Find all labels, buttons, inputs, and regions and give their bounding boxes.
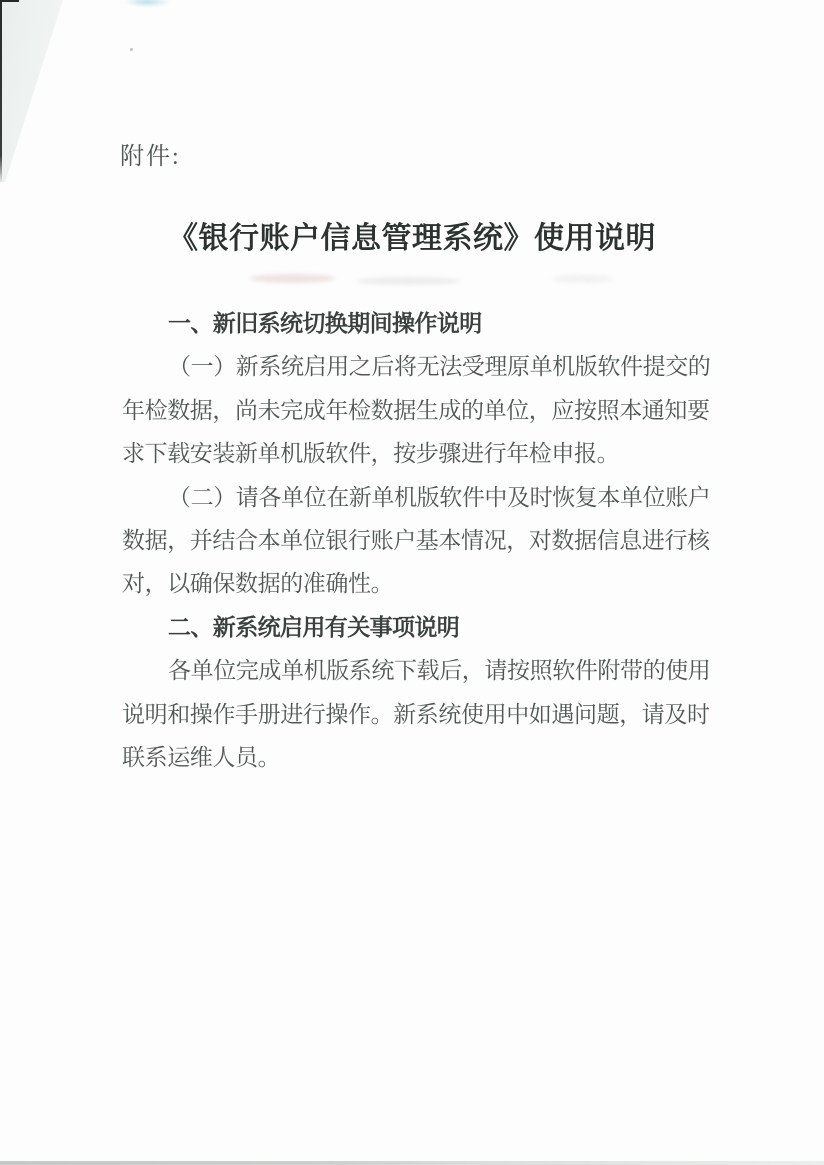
scan-bottom-edge (0, 1161, 824, 1165)
scan-edge-line-left (0, 0, 2, 183)
body-text-line: （一）新系统启用之后将无法受理原单机版软件提交的 (122, 345, 714, 388)
body-text-line: 联系运维人员。 (122, 736, 714, 779)
scan-speck (130, 48, 133, 51)
document-title: 《银行账户信息管理系统》使用说明 (0, 213, 824, 257)
scan-corner-fold-artifact (0, 0, 70, 184)
scan-smudge-gray (356, 277, 461, 285)
body-text-line: 说明和操作手册进行操作。新系统使用中如遇问题，请及时 (122, 693, 714, 736)
document-body: 一、新旧系统切换期间操作说明（一）新系统启用之后将无法受理原单机版软件提交的年检… (122, 302, 714, 779)
scan-smudge-pink (250, 274, 335, 283)
scan-smudge-blue (124, 0, 170, 7)
body-text-line: （二）请各单位在新单机版软件中及时恢复本单位账户 (122, 476, 714, 519)
body-text-line: 对，以确保数据的准确性。 (122, 562, 714, 605)
body-text-line: 年检数据，尚未完成年检数据生成的单位，应按照本通知要 (122, 389, 714, 432)
scan-smudge-gray-2 (552, 275, 614, 283)
section-heading: 一、新旧系统切换期间操作说明 (122, 302, 714, 345)
scanned-document-page: 附件: 《银行账户信息管理系统》使用说明 一、新旧系统切换期间操作说明（一）新系… (0, 0, 824, 1165)
scan-edge-line-top (0, 0, 19, 2)
body-text-line: 各单位完成单机版系统下载后，请按照软件附带的使用 (122, 649, 714, 692)
body-text-line: 数据，并结合本单位银行账户基本情况，对数据信息进行核 (122, 519, 714, 562)
body-text-line: 求下载安装新单机版软件，按步骤进行年检申报。 (122, 432, 714, 475)
attachment-label: 附件: (120, 136, 181, 171)
section-heading: 二、新系统启用有关事项说明 (122, 606, 714, 649)
